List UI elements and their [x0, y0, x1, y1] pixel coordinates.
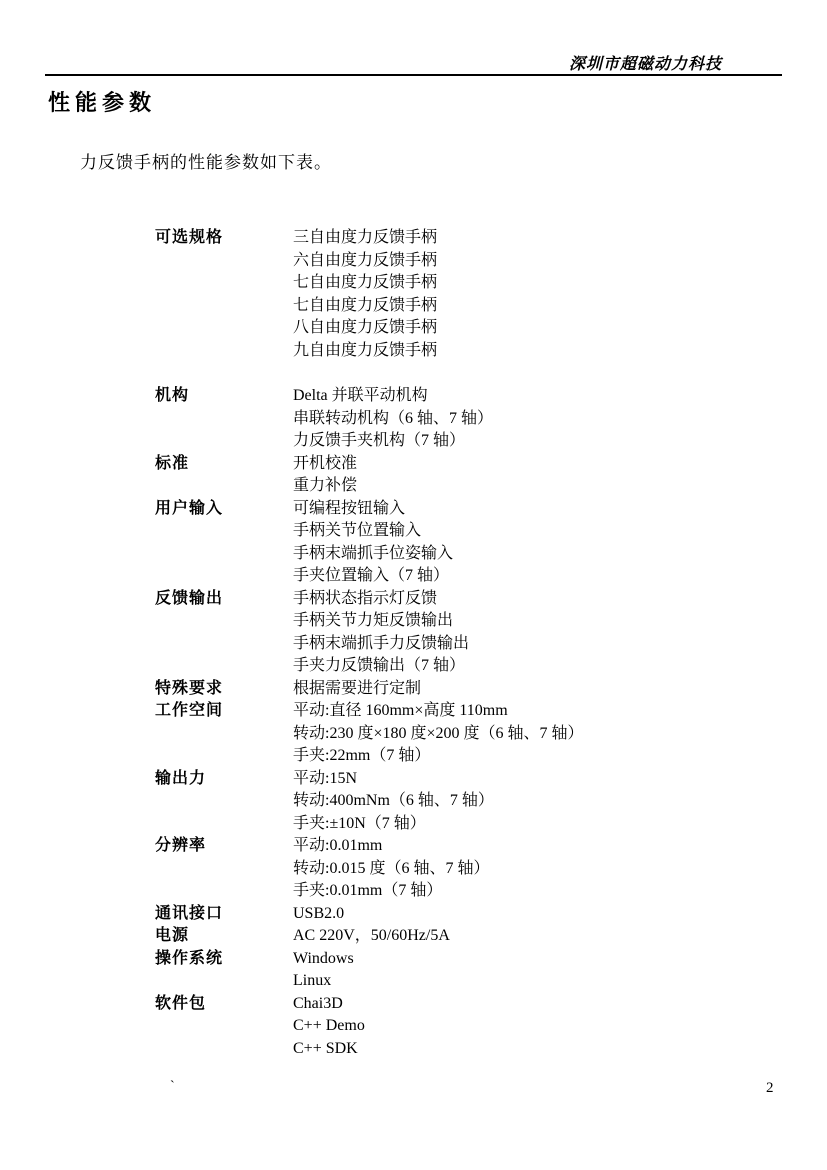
spec-values: Chai3DC++ DemoC++ SDK	[293, 993, 365, 1061]
spec-table: 可选规格 三自由度力反馈手柄六自由度力反馈手柄七自由度力反馈手柄七自由度力反馈手…	[155, 227, 584, 1060]
spec-value-line: 手夹:±10N（7 轴）	[293, 813, 494, 836]
spec-value-line: 手夹:0.01mm（7 轴）	[293, 880, 489, 903]
spec-label: 输出力	[155, 768, 293, 791]
spec-value-line: 根据需要进行定制	[293, 678, 421, 701]
spec-value-line: 手柄状态指示灯反馈	[293, 588, 469, 611]
header-rule	[45, 74, 782, 76]
spec-value-line: 开机校准	[293, 453, 357, 476]
spec-values: USB2.0	[293, 903, 344, 926]
spec-label: 标准	[155, 453, 293, 476]
spec-value-line: 手夹:22mm（7 轴）	[293, 745, 584, 768]
spec-values: 手柄状态指示灯反馈手柄关节力矩反馈输出手柄末端抓手力反馈输出手夹力反馈输出（7 …	[293, 588, 469, 678]
spec-values: 三自由度力反馈手柄六自由度力反馈手柄七自由度力反馈手柄七自由度力反馈手柄八自由度…	[293, 227, 437, 362]
spec-label: 用户输入	[155, 498, 293, 521]
spec-value-line: 七自由度力反馈手柄	[293, 295, 437, 318]
spec-row: 可选规格 三自由度力反馈手柄六自由度力反馈手柄七自由度力反馈手柄七自由度力反馈手…	[155, 227, 584, 362]
spec-value-line: 七自由度力反馈手柄	[293, 272, 437, 295]
spec-row: 电源 AC 220V，50/60Hz/5A	[155, 925, 584, 948]
spec-label: 特殊要求	[155, 678, 293, 701]
page-number: 2	[766, 1080, 774, 1097]
spec-value-line: 手柄关节位置输入	[293, 520, 453, 543]
spec-values: 平动:15N转动:400mNm（6 轴、7 轴）手夹:±10N（7 轴）	[293, 768, 494, 836]
spec-value-line: 手柄末端抓手力反馈输出	[293, 633, 469, 656]
spec-value-line: 力反馈手夹机构（7 轴）	[293, 430, 493, 453]
spec-value-line: Windows	[293, 948, 354, 971]
spec-values: 可编程按钮输入手柄关节位置输入手柄末端抓手位姿输入手夹位置输入（7 轴）	[293, 498, 453, 588]
spec-value-line: 平动:直径 160mm×高度 110mm	[293, 700, 584, 723]
spec-label: 软件包	[155, 993, 293, 1016]
spec-value-line: 八自由度力反馈手柄	[293, 317, 437, 340]
spec-label: 反馈输出	[155, 588, 293, 611]
spec-label: 操作系统	[155, 948, 293, 971]
spec-row: 机构 Delta 并联平动机构串联转动机构（6 轴、7 轴）力反馈手夹机构（7 …	[155, 385, 584, 453]
spec-value-line: USB2.0	[293, 903, 344, 926]
spec-row: 通讯接口 USB2.0	[155, 903, 584, 926]
spec-label: 通讯接口	[155, 903, 293, 926]
spec-value-line: 转动:230 度×180 度×200 度（6 轴、7 轴）	[293, 723, 584, 746]
spec-label: 工作空间	[155, 700, 293, 723]
spec-value-line: 手柄关节力矩反馈输出	[293, 610, 469, 633]
spec-row: 标准 开机校准重力补偿	[155, 453, 584, 498]
spec-values: 开机校准重力补偿	[293, 453, 357, 498]
spec-value-line: Delta 并联平动机构	[293, 385, 493, 408]
spec-label: 可选规格	[155, 227, 293, 250]
spec-value-line: 手夹力反馈输出（7 轴）	[293, 655, 469, 678]
spec-value-line: 转动:400mNm（6 轴、7 轴）	[293, 790, 494, 813]
spec-value-line: AC 220V，50/60Hz/5A	[293, 925, 450, 948]
spec-value-line: 平动:0.01mm	[293, 835, 489, 858]
header-company-name: 深圳市超磁动力科技	[569, 51, 722, 74]
document-page: 深圳市超磁动力科技 性能参数 力反馈手柄的性能参数如下表。 可选规格 三自由度力…	[0, 0, 827, 1170]
spec-value-line: 九自由度力反馈手柄	[293, 340, 437, 363]
spec-row: 反馈输出 手柄状态指示灯反馈手柄关节力矩反馈输出手柄末端抓手力反馈输出手夹力反馈…	[155, 588, 584, 678]
spec-label: 机构	[155, 385, 293, 408]
spec-value-line: C++ SDK	[293, 1038, 365, 1061]
spec-values: 平动:0.01mm转动:0.015 度（6 轴、7 轴）手夹:0.01mm（7 …	[293, 835, 489, 903]
spec-value-line: 转动:0.015 度（6 轴、7 轴）	[293, 858, 489, 881]
spec-value-line: 重力补偿	[293, 475, 357, 498]
spec-row: 软件包 Chai3DC++ DemoC++ SDK	[155, 993, 584, 1061]
spec-row: 用户输入 可编程按钮输入手柄关节位置输入手柄末端抓手位姿输入手夹位置输入（7 轴…	[155, 498, 584, 588]
page-title: 性能参数	[48, 86, 156, 117]
spec-label: 分辨率	[155, 835, 293, 858]
spec-row: 分辨率 平动:0.01mm转动:0.015 度（6 轴、7 轴）手夹:0.01m…	[155, 835, 584, 903]
spec-row: 操作系统 WindowsLinux	[155, 948, 584, 993]
spec-value-line: 串联转动机构（6 轴、7 轴）	[293, 408, 493, 431]
spec-value-line: 可编程按钮输入	[293, 498, 453, 521]
spec-label: 电源	[155, 925, 293, 948]
spec-values: AC 220V，50/60Hz/5A	[293, 925, 450, 948]
spec-value-line: C++ Demo	[293, 1015, 365, 1038]
spec-value-line: Linux	[293, 970, 354, 993]
spec-row: 工作空间 平动:直径 160mm×高度 110mm转动:230 度×180 度×…	[155, 700, 584, 768]
footer-mark: `	[170, 1079, 175, 1095]
spec-value-line: 手柄末端抓手位姿输入	[293, 543, 453, 566]
spec-value-line: 平动:15N	[293, 768, 494, 791]
spec-values: 根据需要进行定制	[293, 678, 421, 701]
spec-row: 输出力 平动:15N转动:400mNm（6 轴、7 轴）手夹:±10N（7 轴）	[155, 768, 584, 836]
spec-values: Delta 并联平动机构串联转动机构（6 轴、7 轴）力反馈手夹机构（7 轴）	[293, 385, 493, 453]
spec-value-line: 三自由度力反馈手柄	[293, 227, 437, 250]
spec-value-line: 六自由度力反馈手柄	[293, 250, 437, 273]
spec-values: 平动:直径 160mm×高度 110mm转动:230 度×180 度×200 度…	[293, 700, 584, 768]
intro-paragraph: 力反馈手柄的性能参数如下表。	[80, 148, 332, 173]
spec-value-line: 手夹位置输入（7 轴）	[293, 565, 453, 588]
spec-value-line: Chai3D	[293, 993, 365, 1016]
spec-values: WindowsLinux	[293, 948, 354, 993]
spec-row: 特殊要求 根据需要进行定制	[155, 678, 584, 701]
